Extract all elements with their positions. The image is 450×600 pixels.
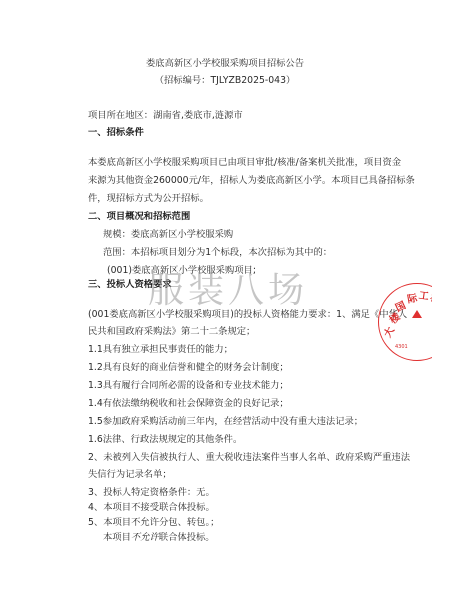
section-heading-project-overview: 二、项目概况和招标范围 [88,211,190,223]
requirement-line: 1.2具有良好的商业信誉和健全的财务会计制度； [88,362,289,374]
requirement-line: 1.4有依法缴纳税收和社会保障资金的良好记录； [88,398,289,410]
document-title: 娄底高新区小学校服采购项目招标公告 [0,58,432,70]
requirement-line: 民共和国政府采购法》第二十二条规定； [88,326,255,338]
joint-bid-note: 本项目不允许联合体投标。 [103,532,215,544]
document-page: 娄底高新区小学校服采购项目招标公告 （招标编号：TJLYZB2025-043） … [0,0,432,600]
stamp-star-icon [412,310,422,318]
page-margin [432,0,450,600]
joint-bid-prefix: 本项目 [103,532,131,543]
stamp-char: 际 [406,289,418,306]
requirement-line: 3、投标人特定资格条件：无。 [88,487,215,499]
bid-number: （招标编号：TJLYZB2025-043） [0,75,432,87]
requirement-line: 1.1具有独立承担民事责任的能力； [88,344,233,356]
requirement-line: 4、本项目不接受联合体投标。 [88,502,215,514]
paragraph-line: 本娄底高新区小学校服采购项目已由项目审批/核准/备案机关批准，项目资金 [88,157,401,169]
requirement-line: 失信行为记录名单； [88,469,172,481]
paragraph-line: 来源为其他资金260000元/年，招标人为娄底高新区小学。本项目已具备招标条 [88,175,415,187]
requirement-line: 2、未被列入失信被执行人、重大税收违法案件当事人名单、政府采购严重违法 [88,452,410,464]
requirement-line: 1.3具有履行合同所必需的设备和专业技术能力； [88,380,289,392]
requirement-line: 1.5参加政府采购活动前三年内，在经营活动中没有重大违法记录； [88,416,363,428]
requirement-line: 5、本项目不允许分包、转包。； [88,517,219,529]
stamp-code: 4301 [395,344,408,350]
joint-bid-italic: 不允许 [131,532,159,543]
paragraph-line: 件，现招标方式为公开招标。 [88,193,209,205]
project-region: 项目所在地区：湖南省,娄底市,涟源市 [88,110,243,122]
requirement-line: 1.6法律、行政法规规定的其他条件。 [88,434,242,446]
watermark: 服装八场 [148,271,308,311]
section-heading-bid-conditions: 一、招标条件 [88,127,144,139]
joint-bid-suffix: 联合体投标。 [159,532,215,543]
scale-line: 规模：娄底高新区小学校服采购 [103,229,233,241]
red-seal-stamp: 大 楼 国 际 工 程 4301 [378,283,432,361]
scope-line: 范围：本招标项目划分为1个标段，本次招标为其中的： [103,247,332,259]
